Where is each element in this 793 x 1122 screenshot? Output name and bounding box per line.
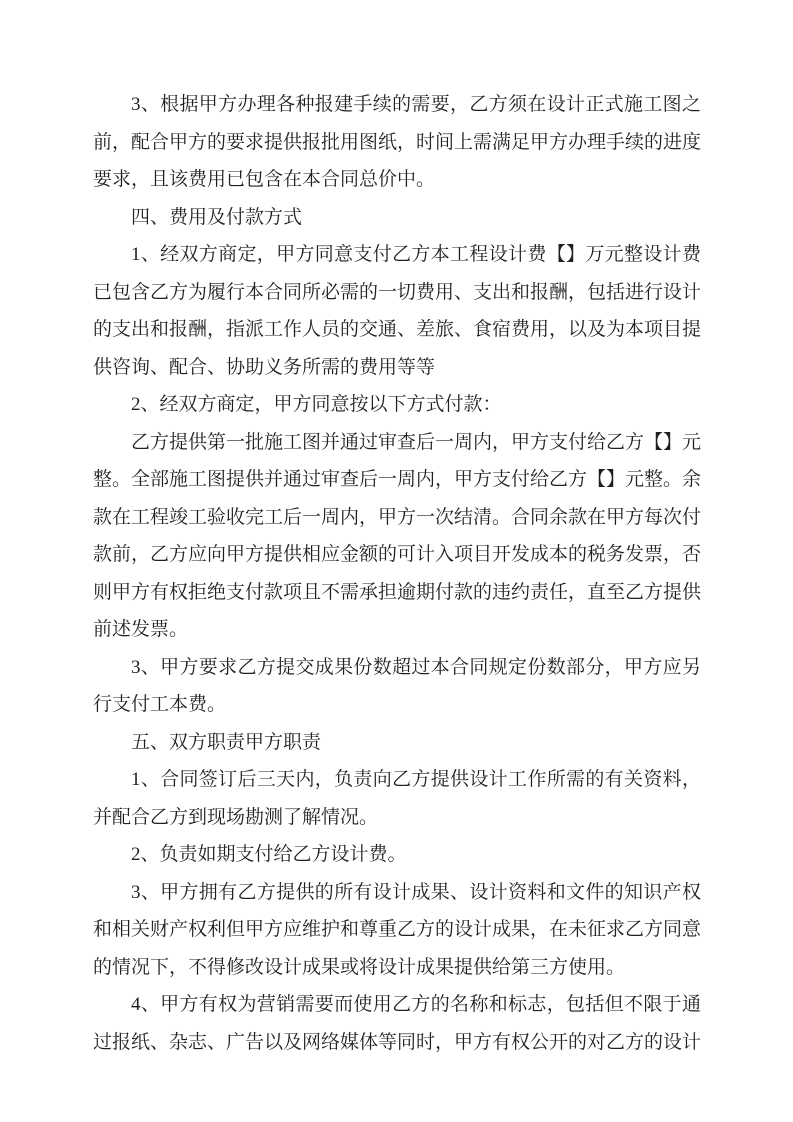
clause-design-fee-amount: 1、经双方商定，甲方同意支付乙方本工程设计费【】万元整设计费已包含乙方为履行本合… xyxy=(93,236,701,386)
clause-provide-materials: 1、合同签订后三天内，负责向乙方提供设计工作所需的有关资料，并配合乙方到现场勘测… xyxy=(93,761,701,836)
clause-pay-design-fee-on-time: 2、负责如期支付给乙方设计费。 xyxy=(93,836,701,874)
clause-intellectual-property: 3、甲方拥有乙方提供的所有设计成果、设计资料和文件的知识产权和相关财产权利但甲方… xyxy=(93,874,701,987)
clause-marketing-use-of-name: 4、甲方有权为营销需要而使用乙方的名称和标志，包括但不限于通过报纸、杂志、广告以… xyxy=(93,986,701,1061)
clause-extra-copies-fee: 3、甲方要求乙方提交成果份数超过本合同规定份数部分，甲方应另行支付工本费。 xyxy=(93,649,701,724)
clause-payment-method-intro: 2、经双方商定，甲方同意按以下方式付款： xyxy=(93,386,701,424)
clause-payment-schedule: 乙方提供第一批施工图并通过审查后一周内，甲方支付给乙方【】元整。全部施工图提供并… xyxy=(93,424,701,649)
heading-section-4-fees-payment: 四、费用及付款方式 xyxy=(93,199,701,237)
heading-section-5-responsibilities: 五、双方职责甲方职责 xyxy=(93,724,701,762)
contract-text-block: 3、根据甲方办理各种报建手续的需要，乙方须在设计正式施工图之前，配合甲方的要求提… xyxy=(93,86,701,1061)
document-page: 3、根据甲方办理各种报建手续的需要，乙方须在设计正式施工图之前，配合甲方的要求提… xyxy=(0,0,793,1122)
clause-report-approval-drawings: 3、根据甲方办理各种报建手续的需要，乙方须在设计正式施工图之前，配合甲方的要求提… xyxy=(93,86,701,199)
